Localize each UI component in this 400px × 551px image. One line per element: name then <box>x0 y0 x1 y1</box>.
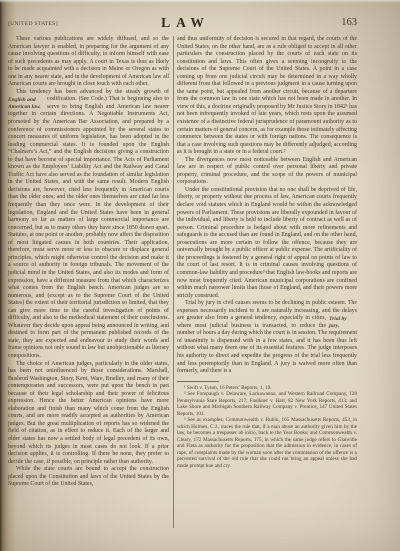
left-column: These various publications are widely di… <box>8 36 169 489</box>
page-number: 163 <box>341 17 357 28</box>
margin-note-trial-by-jury: Trial by jury. <box>329 316 357 329</box>
paragraph: and thus uniformity of decision is secur… <box>177 36 357 157</box>
page-title: LAW <box>8 15 357 31</box>
paragraph-text: These various publications are widely di… <box>8 36 169 87</box>
footnote: ² See Forepaugh v. Delaware, Lackawanna,… <box>177 391 357 417</box>
paragraph-text: Under the constitutional provision that … <box>177 187 357 299</box>
paragraph: The choice of American judges, particula… <box>8 361 169 467</box>
paragraph: Under the constitutional provision that … <box>177 187 357 300</box>
paragraph-text: serve to bring English and American law … <box>8 104 169 359</box>
column-divider <box>169 36 177 489</box>
paragraph: These various publications are widely di… <box>8 36 169 89</box>
footnotes: ¹ Swift v. Tyson, 16 Peters’ Reports, 1,… <box>177 385 357 470</box>
paragraph: Trial by jury in civil causes seems to b… <box>177 300 357 375</box>
text-block: These various publications are widely di… <box>8 36 357 489</box>
page-top-edge <box>0 0 400 3</box>
paragraph: The divergences now most noticeable betw… <box>177 157 357 187</box>
footnote: ³ See as examples, Commonwealth v. Rubin… <box>177 417 357 469</box>
paragraph: While the state courts are bound to acce… <box>8 466 169 489</box>
paragraph-text: The divergences now most noticeable betw… <box>177 157 357 186</box>
paragraph-text: and thus uniformity of decision is secur… <box>177 36 357 155</box>
scanned-book-page: [UNITED STATES] LAW 163 These various pu… <box>0 0 400 551</box>
page-header: [UNITED STATES] LAW 163 <box>8 15 357 33</box>
margin-note-english-and-american-law: English and American law. <box>8 97 44 110</box>
paragraph-text: While the state courts are bound to acce… <box>8 466 169 487</box>
right-column: and thus uniformity of decision is secur… <box>177 36 357 469</box>
paragraph-text: The choice of American judges, particula… <box>8 361 169 465</box>
paragraph: This tendency has been advanced by the s… <box>8 89 169 361</box>
footnote-rule <box>177 381 219 382</box>
